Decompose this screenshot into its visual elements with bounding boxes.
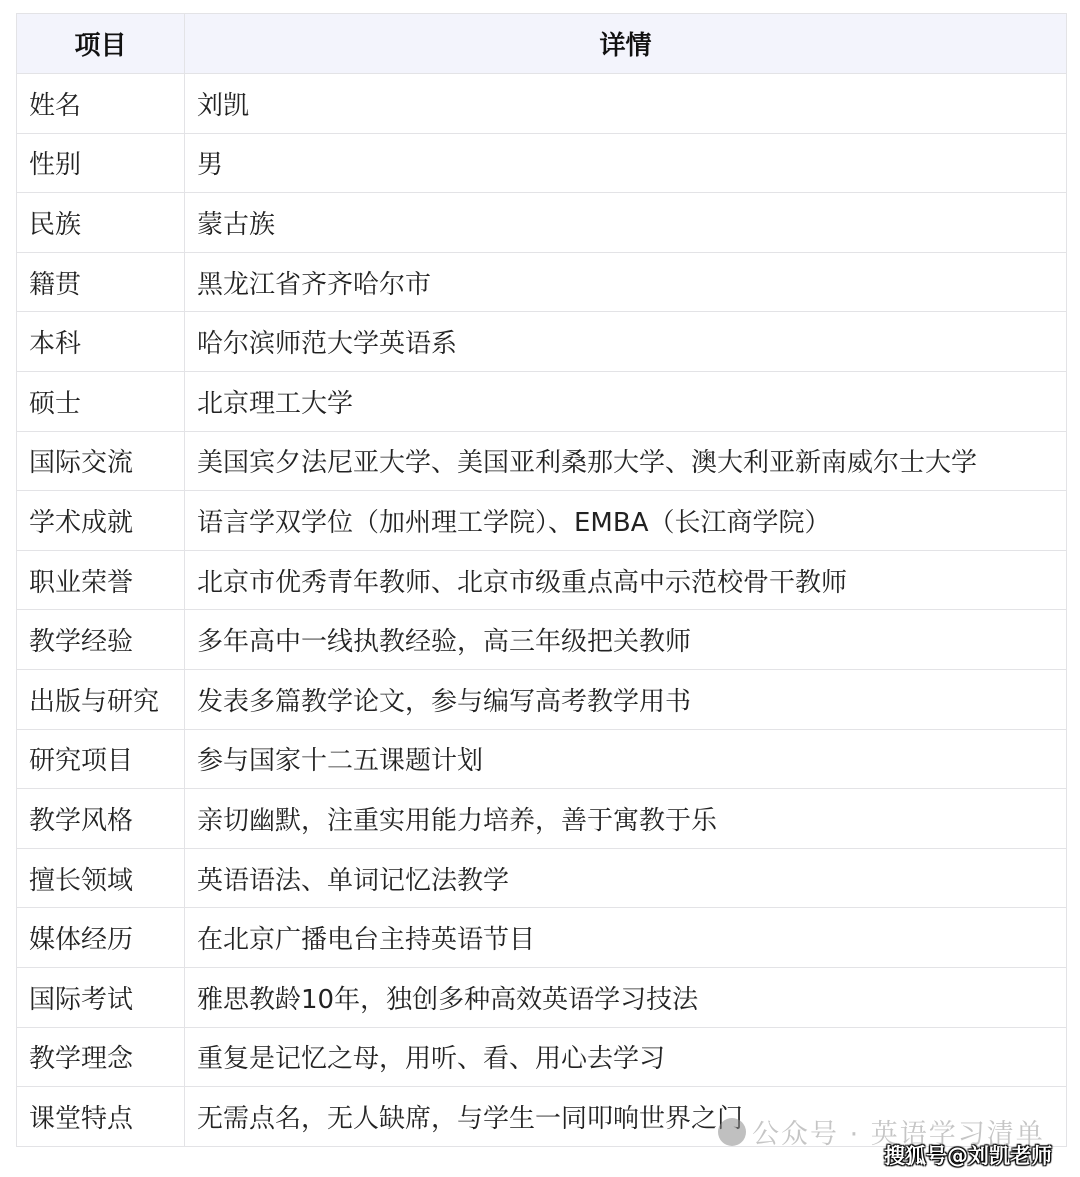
table-row: 教学理念重复是记忆之母，用听、看、用心去学习 (17, 1027, 1067, 1087)
row-key: 民族 (17, 193, 185, 253)
row-value: 黑龙江省齐齐哈尔市 (185, 252, 1067, 312)
row-key: 教学理念 (17, 1027, 185, 1087)
profile-table-container: 项目 详情 姓名刘凯 性别男 民族蒙古族 籍贯黑龙江省齐齐哈尔市 本科哈尔滨师范… (16, 13, 1066, 1147)
table-row: 教学经验多年高中一线执教经验，高三年级把关教师 (17, 610, 1067, 670)
table-row: 民族蒙古族 (17, 193, 1067, 253)
table-row: 籍贯黑龙江省齐齐哈尔市 (17, 252, 1067, 312)
table-row: 职业荣誉北京市优秀青年教师、北京市级重点高中示范校骨干教师 (17, 550, 1067, 610)
row-value: 刘凯 (185, 74, 1067, 134)
table-row: 国际交流美国宾夕法尼亚大学、美国亚利桑那大学、澳大利亚新南威尔士大学 (17, 431, 1067, 491)
row-value: 亲切幽默，注重实用能力培养，善于寓教于乐 (185, 789, 1067, 849)
row-value: 语言学双学位（加州理工学院）、EMBA（长江商学院） (185, 491, 1067, 551)
row-value: 美国宾夕法尼亚大学、美国亚利桑那大学、澳大利亚新南威尔士大学 (185, 431, 1067, 491)
row-key: 出版与研究 (17, 669, 185, 729)
row-value: 多年高中一线执教经验，高三年级把关教师 (185, 610, 1067, 670)
row-value: 北京市优秀青年教师、北京市级重点高中示范校骨干教师 (185, 550, 1067, 610)
row-key: 教学经验 (17, 610, 185, 670)
row-value: 发表多篇教学论文，参与编写高考教学用书 (185, 669, 1067, 729)
row-value: 无需点名，无人缺席，与学生一同叩响世界之门 (185, 1087, 1067, 1147)
row-value: 在北京广播电台主持英语节目 (185, 908, 1067, 968)
row-value: 英语语法、单词记忆法教学 (185, 848, 1067, 908)
table-row: 擅长领域英语语法、单词记忆法教学 (17, 848, 1067, 908)
table-row: 研究项目参与国家十二五课题计划 (17, 729, 1067, 789)
row-key: 研究项目 (17, 729, 185, 789)
row-key: 擅长领域 (17, 848, 185, 908)
table-row: 出版与研究发表多篇教学论文，参与编写高考教学用书 (17, 669, 1067, 729)
table-row: 硕士北京理工大学 (17, 371, 1067, 431)
row-key: 教学风格 (17, 789, 185, 849)
table-row: 国际考试雅思教龄10年，独创多种高效英语学习技法 (17, 967, 1067, 1027)
header-detail: 详情 (185, 14, 1067, 74)
row-key: 学术成就 (17, 491, 185, 551)
table-body: 姓名刘凯 性别男 民族蒙古族 籍贯黑龙江省齐齐哈尔市 本科哈尔滨师范大学英语系 … (17, 74, 1067, 1147)
header-row: 项目 详情 (17, 14, 1067, 74)
row-value: 哈尔滨师范大学英语系 (185, 312, 1067, 372)
row-value: 男 (185, 133, 1067, 193)
row-value: 雅思教龄10年，独创多种高效英语学习技法 (185, 967, 1067, 1027)
row-value: 蒙古族 (185, 193, 1067, 253)
row-key: 职业荣誉 (17, 550, 185, 610)
row-key: 国际交流 (17, 431, 185, 491)
table-row: 本科哈尔滨师范大学英语系 (17, 312, 1067, 372)
table-row: 课堂特点无需点名，无人缺席，与学生一同叩响世界之门 (17, 1087, 1067, 1147)
header-item: 项目 (17, 14, 185, 74)
table-row: 学术成就语言学双学位（加州理工学院）、EMBA（长江商学院） (17, 491, 1067, 551)
row-key: 硕士 (17, 371, 185, 431)
row-value: 重复是记忆之母，用听、看、用心去学习 (185, 1027, 1067, 1087)
row-key: 课堂特点 (17, 1087, 185, 1147)
row-key: 国际考试 (17, 967, 185, 1027)
row-key: 本科 (17, 312, 185, 372)
table-row: 教学风格亲切幽默，注重实用能力培养，善于寓教于乐 (17, 789, 1067, 849)
row-key: 性别 (17, 133, 185, 193)
table-row: 性别男 (17, 133, 1067, 193)
table-header: 项目 详情 (17, 14, 1067, 74)
table-row: 姓名刘凯 (17, 74, 1067, 134)
row-key: 媒体经历 (17, 908, 185, 968)
row-key: 籍贯 (17, 252, 185, 312)
row-value: 参与国家十二五课题计划 (185, 729, 1067, 789)
profile-table: 项目 详情 姓名刘凯 性别男 民族蒙古族 籍贯黑龙江省齐齐哈尔市 本科哈尔滨师范… (16, 13, 1067, 1147)
row-value: 北京理工大学 (185, 371, 1067, 431)
table-row: 媒体经历在北京广播电台主持英语节目 (17, 908, 1067, 968)
row-key: 姓名 (17, 74, 185, 134)
